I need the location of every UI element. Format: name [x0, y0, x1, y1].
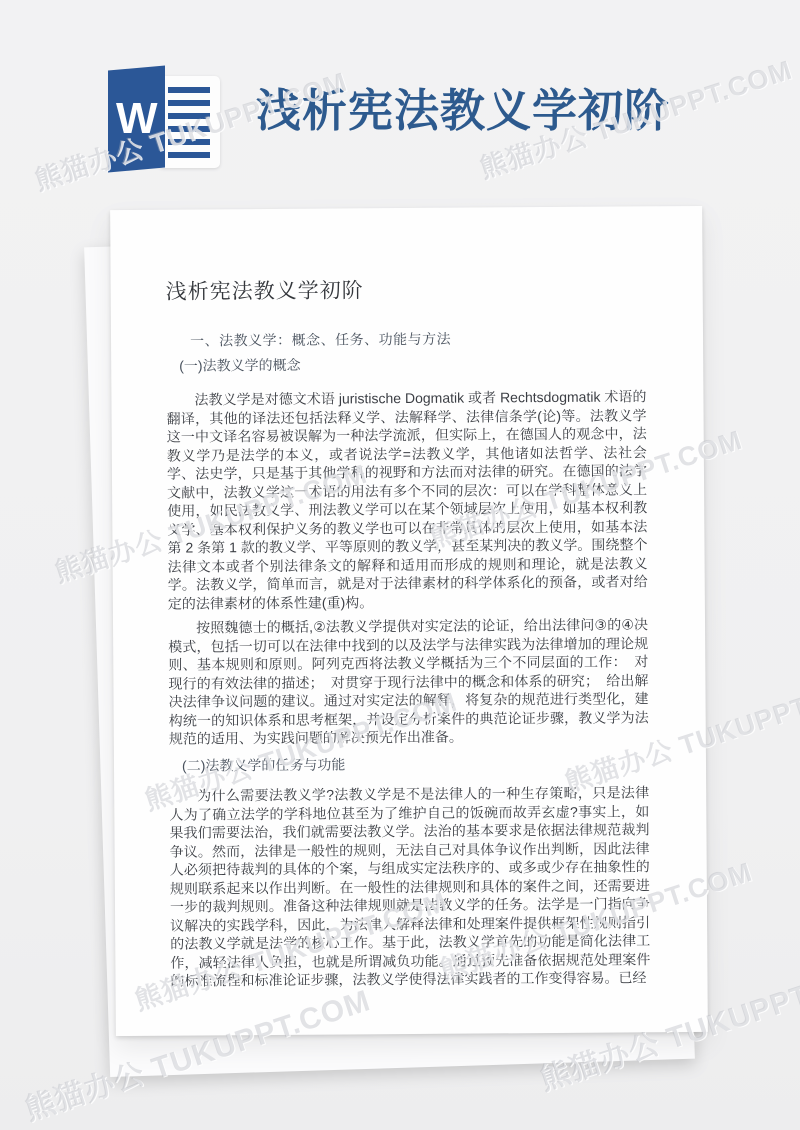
word-icon-letter: W [116, 97, 158, 141]
page-background: W 浅析宪法教义学初阶 浅析宪法教义学初阶 一、法教义学：概念、任务、功能与方法… [0, 0, 800, 1130]
doc-subheading-concept: (一)法教义学的概念 [179, 353, 646, 375]
document-title: 浅析宪法教义学初阶 [166, 276, 646, 305]
doc-paragraph-1: 法教义学是对德文术语 juristische Dogmatik 或者 Recht… [166, 387, 648, 612]
doc-paragraph-2: 按照魏德士的概括,②法教义学提供对实定法的论证，给出法律问③的④决模式，包括一切… [168, 615, 649, 748]
page-title: 浅析宪法教义学初阶 [256, 84, 670, 138]
word-document-icon: W [108, 60, 220, 178]
header: W 浅析宪法教义学初阶 [0, 0, 800, 200]
word-icon-w-plate: W [108, 66, 165, 173]
doc-subheading-tasks: (二)法教义学的任务与功能 [182, 753, 649, 775]
document-page: 浅析宪法教义学初阶 一、法教义学：概念、任务、功能与方法 (一)法教义学的概念 … [110, 206, 708, 1036]
word-icon-page [158, 76, 220, 168]
doc-heading-section-1: 一、法教义学：概念、任务、功能与方法 [190, 328, 646, 350]
doc-paragraph-3: 为什么需要法教义学?法教义学是不是法律人的一种生存策略，只是法律人为了确立法学的… [169, 783, 650, 990]
